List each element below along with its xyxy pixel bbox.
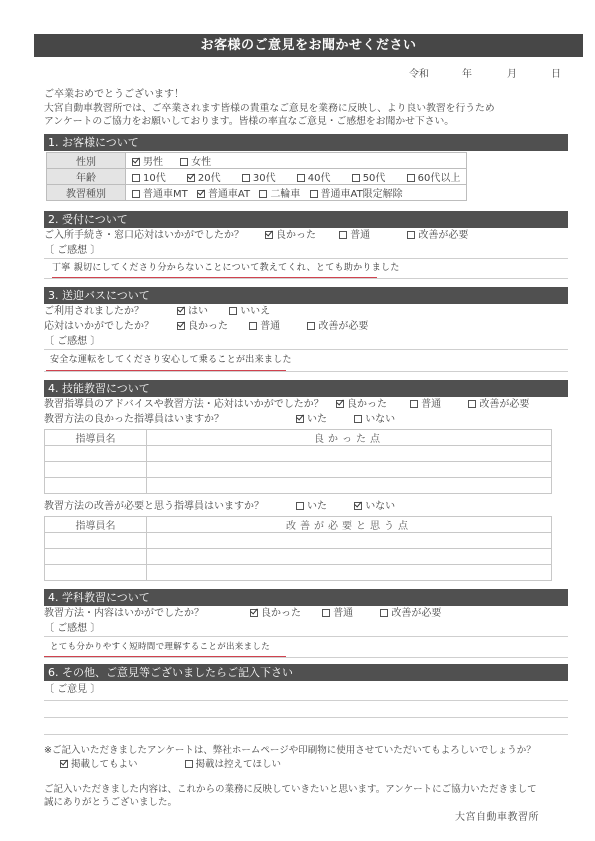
- improve-instructor-yes-option[interactable]: いた: [296, 500, 327, 513]
- checkbox-checked-icon[interactable]: [177, 322, 185, 330]
- table-header-row: 指導員名 改善が必要と思う点: [45, 517, 552, 533]
- comment-line[interactable]: [44, 700, 568, 701]
- course-type-label: 教習種別: [47, 185, 126, 201]
- age-row: 年齢 10代 20代 30代 40代 50代 60代以上: [47, 169, 467, 185]
- section-3-header: 3. 送迎バスについて: [44, 287, 568, 304]
- checkbox-icon[interactable]: [180, 158, 188, 166]
- improve-instructor-options: いた いない: [296, 500, 409, 513]
- checkbox-checked-icon[interactable]: [60, 760, 68, 768]
- course-at-release-option[interactable]: 普通車AT限定解除: [310, 185, 403, 200]
- checkbox-icon[interactable]: [242, 174, 250, 182]
- instructor-name-header: 指導員名: [45, 517, 147, 533]
- date-era: 令和: [409, 68, 429, 81]
- gender-female-option[interactable]: 女性: [180, 153, 211, 168]
- table-row: [45, 446, 552, 462]
- good-instructor-question: 教習方法の良かった指導員はいますか？: [44, 413, 224, 426]
- footer-line-2: 誠にありがとうございました。: [44, 796, 177, 809]
- table-row: [45, 478, 552, 494]
- divider: [44, 278, 568, 279]
- bus-comment-label: 〔 ご感想 〕: [44, 335, 100, 348]
- lecture-comment[interactable]: とても分かりやすく短時間で理解することが出来ました: [50, 641, 270, 653]
- bus-used-options: はい いいえ: [177, 305, 284, 318]
- date-month: 月: [507, 68, 517, 81]
- checkbox-icon[interactable]: [132, 174, 140, 182]
- good-instructor-options: いた いない: [296, 413, 409, 426]
- date-day: 日: [551, 68, 561, 81]
- date-year: 年: [462, 68, 472, 81]
- good-instructor-no-option[interactable]: いない: [354, 413, 395, 426]
- checkbox-icon[interactable]: [307, 322, 315, 330]
- checkbox-icon[interactable]: [229, 307, 237, 315]
- checkbox-icon[interactable]: [297, 174, 305, 182]
- driving-advice-good-option[interactable]: 良かった: [336, 398, 387, 411]
- good-points-cell[interactable]: [147, 446, 552, 462]
- publish-options: 掲載してもよい 掲載は控えてほしい: [60, 758, 295, 771]
- bus-service-options: 良かった 普通 改善が必要: [177, 320, 382, 333]
- improve-points-header: 改善が必要と思う点: [147, 517, 552, 533]
- publish-allow-option[interactable]: 掲載してもよい: [60, 758, 138, 771]
- age-40s-option[interactable]: 40代: [297, 169, 331, 184]
- divider: [44, 371, 568, 372]
- checkbox-icon[interactable]: [185, 760, 193, 768]
- publish-question: ※ご記入いただきましたアンケートは、弊社ホームページや印刷物に使用させていただい…: [44, 744, 536, 757]
- instructor-name-cell[interactable]: [45, 549, 147, 565]
- lecture-question: 教習方法・内容はいかがでしたか？: [44, 607, 204, 620]
- checkbox-icon[interactable]: [468, 400, 476, 408]
- lecture-comment-label: 〔 ご感想 〕: [44, 622, 100, 635]
- other-comment-label: 〔 ご意見 〕: [44, 683, 100, 696]
- bus-used-no-option[interactable]: いいえ: [229, 305, 270, 318]
- section-5-header: 4. 学科教習について: [44, 589, 568, 606]
- instructor-name-cell[interactable]: [45, 478, 147, 494]
- good-instructor-table: 指導員名 良かった点: [44, 429, 552, 494]
- improve-instructor-no-option[interactable]: いない: [354, 500, 395, 513]
- checkbox-checked-icon[interactable]: [132, 158, 140, 166]
- driving-advice-question: 教習指導員のアドバイスや教習方法・応対はいかがでしたか？: [44, 398, 324, 411]
- driving-advice-options: 良かった 普通 改善が必要: [336, 398, 543, 411]
- reception-options: 良かった 普通 改善が必要: [265, 229, 482, 242]
- intro-line-3: アンケートのご協力をお願いしております。皆様の率直なご意見・ご感想をお聞かせ下さ…: [44, 115, 454, 128]
- improve-points-cell[interactable]: [147, 565, 552, 581]
- checkbox-icon[interactable]: [407, 231, 415, 239]
- checkbox-checked-icon[interactable]: [177, 307, 185, 315]
- instructor-name-header: 指導員名: [45, 430, 147, 446]
- bus-comment[interactable]: 安全な運転をしてくださり安心して乗ることが出来ました: [50, 354, 292, 366]
- bus-service-question: 応対はいかがでしたか？: [44, 320, 154, 333]
- publish-decline-option[interactable]: 掲載は控えてほしい: [185, 758, 282, 771]
- checkbox-icon[interactable]: [296, 502, 304, 510]
- good-points-cell[interactable]: [147, 462, 552, 478]
- checkbox-icon[interactable]: [339, 231, 347, 239]
- reception-normal-option[interactable]: 普通: [339, 229, 370, 242]
- reception-improve-option[interactable]: 改善が必要: [407, 229, 468, 242]
- reception-good-option[interactable]: 良かった: [265, 229, 316, 242]
- instructor-name-cell[interactable]: [45, 533, 147, 549]
- good-points-header: 良かった点: [147, 430, 552, 446]
- intro-line-1: ご卒業おめでとうございます！: [44, 88, 184, 101]
- driving-advice-normal-option[interactable]: 普通: [410, 398, 441, 411]
- divider: [44, 657, 568, 658]
- lecture-improve-option[interactable]: 改善が必要: [380, 607, 441, 620]
- instructor-name-cell[interactable]: [45, 565, 147, 581]
- checkbox-checked-icon[interactable]: [265, 231, 273, 239]
- customer-info-table: 性別 男性 女性 年齢 10代 20代 30代 40代 50代 60代以上 教習…: [46, 152, 467, 201]
- section-2-header: 2. 受付について: [44, 211, 568, 228]
- age-50s-option[interactable]: 50代: [352, 169, 386, 184]
- age-60s-plus-option[interactable]: 60代以上: [407, 169, 461, 184]
- lecture-normal-option[interactable]: 普通: [322, 607, 353, 620]
- course-mt-option[interactable]: 普通車MT: [132, 185, 188, 200]
- bus-service-good-option[interactable]: 良かった: [177, 320, 228, 333]
- bus-service-normal-option[interactable]: 普通: [249, 320, 280, 333]
- section-6-header: 6. その他、ご意見等ございましたらご記入下さい: [44, 664, 568, 681]
- checkbox-icon[interactable]: [132, 190, 140, 198]
- course-motorcycle-option[interactable]: 二輪車: [259, 185, 300, 200]
- comment-line[interactable]: [44, 734, 568, 735]
- table-row: [45, 565, 552, 581]
- improve-points-cell[interactable]: [147, 549, 552, 565]
- school-signature: 大宮自動車教習所: [455, 811, 539, 824]
- checkbox-icon[interactable]: [249, 322, 257, 330]
- checkbox-checked-icon[interactable]: [187, 174, 195, 182]
- intro-line-2: 大宮自動車教習所では、ご卒業されます皆様の貴重なご意見を業務に反映し、より良い教…: [44, 102, 495, 115]
- age-label: 年齢: [47, 169, 126, 185]
- checkbox-icon[interactable]: [259, 190, 267, 198]
- divider: [44, 258, 568, 259]
- table-row: [45, 462, 552, 478]
- table-row: [45, 533, 552, 549]
- driving-advice-improve-option[interactable]: 改善が必要: [468, 398, 529, 411]
- table-header-row: 指導員名 良かった点: [45, 430, 552, 446]
- course-at-option[interactable]: 普通車AT: [197, 185, 250, 200]
- checkbox-icon[interactable]: [354, 415, 362, 423]
- bus-used-yes-option[interactable]: はい: [177, 305, 208, 318]
- reception-comment-label: 〔 ご感想 〕: [44, 244, 100, 257]
- checkbox-icon[interactable]: [380, 609, 388, 617]
- instructor-name-cell[interactable]: [45, 462, 147, 478]
- checkbox-icon[interactable]: [407, 174, 415, 182]
- good-instructor-yes-option[interactable]: いた: [296, 413, 327, 426]
- age-20s-option[interactable]: 20代: [187, 169, 221, 184]
- section-1-header: 1. お客様について: [44, 134, 568, 151]
- checkbox-checked-icon[interactable]: [296, 415, 304, 423]
- age-30s-option[interactable]: 30代: [242, 169, 276, 184]
- gender-row: 性別 男性 女性: [47, 153, 467, 169]
- reception-question: ご入所手続き・窓口応対はいかがでしたか？: [44, 229, 244, 242]
- lecture-good-option[interactable]: 良かった: [250, 607, 301, 620]
- divider: [44, 349, 568, 350]
- table-row: [45, 549, 552, 565]
- course-type-row: 教習種別 普通車MT 普通車AT 二輪車 普通車AT限定解除: [47, 185, 467, 201]
- checkbox-icon[interactable]: [410, 400, 418, 408]
- checkbox-icon[interactable]: [322, 609, 330, 617]
- checkbox-icon[interactable]: [352, 174, 360, 182]
- checkbox-checked-icon[interactable]: [354, 502, 362, 510]
- footer-line-1: ご記入いただきました内容は、これからの業務に反映していきたいと思います。アンケー…: [44, 783, 537, 796]
- bus-used-question: ご利用されましたか？: [44, 305, 144, 318]
- page-title: お客様のご意見をお聞かせください: [34, 34, 583, 57]
- checkbox-checked-icon[interactable]: [336, 400, 344, 408]
- section-4-header: 4. 技能教習について: [44, 380, 568, 397]
- improve-instructor-table: 指導員名 改善が必要と思う点: [44, 516, 552, 581]
- good-points-cell[interactable]: [147, 478, 552, 494]
- gender-male-option[interactable]: 男性: [132, 153, 163, 168]
- age-10s-option[interactable]: 10代: [132, 169, 166, 184]
- comment-line[interactable]: [44, 717, 568, 718]
- instructor-name-cell[interactable]: [45, 446, 147, 462]
- improve-points-cell[interactable]: [147, 533, 552, 549]
- improve-instructor-question: 教習方法の改善が必要と思う指導員はいますか？: [44, 500, 264, 513]
- divider: [44, 636, 568, 637]
- checkbox-checked-icon[interactable]: [197, 190, 205, 198]
- checkbox-icon[interactable]: [310, 190, 318, 198]
- lecture-options: 良かった 普通 改善が必要: [250, 607, 455, 620]
- bus-service-improve-option[interactable]: 改善が必要: [307, 320, 368, 333]
- gender-label: 性別: [47, 153, 126, 169]
- reception-comment[interactable]: 丁寧 親切にしてくださり分からないことについて教えてくれ、とても助かりました: [52, 262, 400, 274]
- checkbox-checked-icon[interactable]: [250, 609, 258, 617]
